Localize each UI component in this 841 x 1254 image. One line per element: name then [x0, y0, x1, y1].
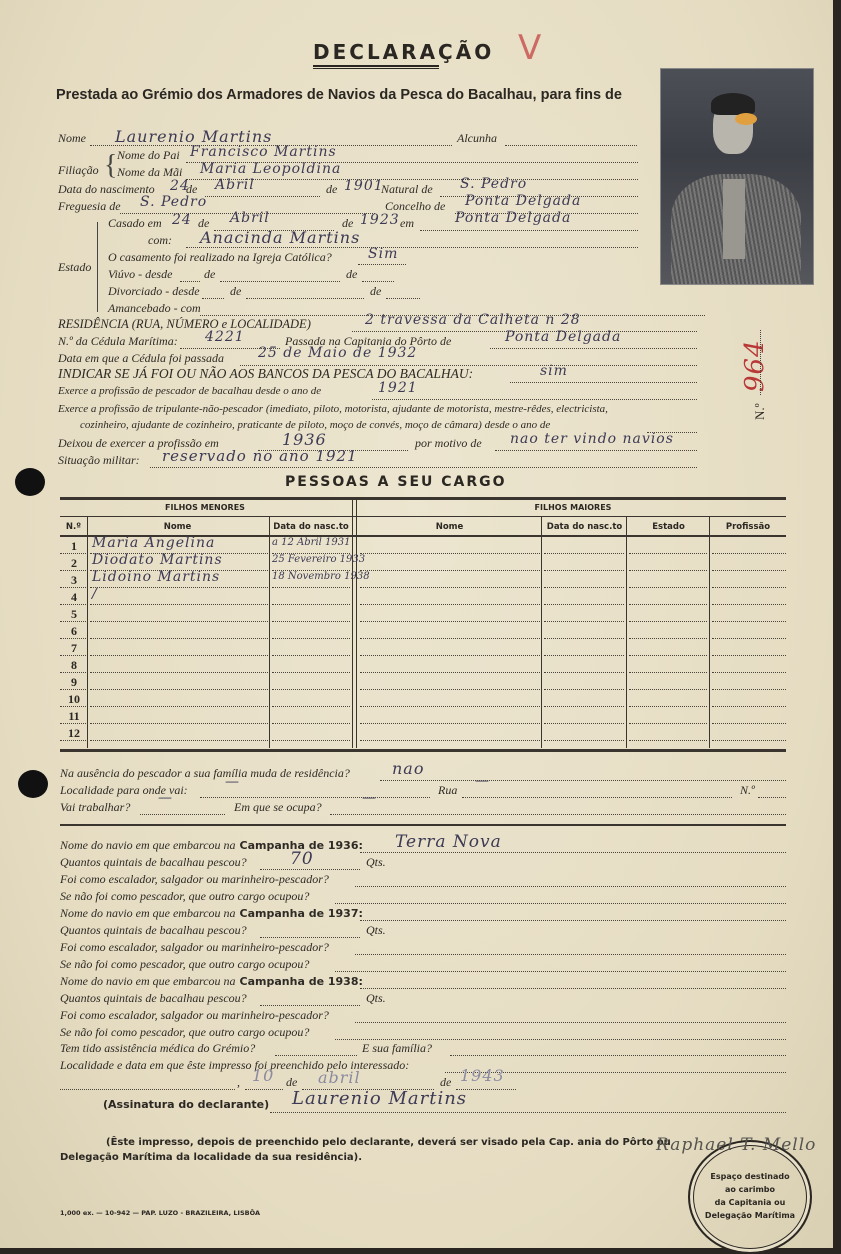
row-line: [629, 655, 707, 656]
row-line: [272, 638, 350, 639]
row-line: [544, 655, 624, 656]
natural-label: Natural de: [381, 182, 433, 197]
registry-number: 964: [740, 339, 770, 392]
campanha-label-text: Nome do navio em que embarcou na: [60, 906, 236, 920]
col-header-estado: Estado: [627, 522, 710, 532]
row-line: [272, 723, 350, 724]
row-line: [712, 621, 786, 622]
campanha-cargo-line: [335, 971, 786, 972]
igreja-field[interactable]: Sim: [368, 246, 398, 262]
militar-line: [150, 467, 697, 468]
bancos-line: [510, 382, 697, 383]
menor-nome-field[interactable]: Maria Angelina: [92, 535, 215, 551]
row-line: [272, 706, 350, 707]
row-line: [712, 638, 786, 639]
row-line: [629, 553, 707, 554]
row-line: [60, 553, 86, 554]
document-page: DECLARAÇÃO V Prestada ao Grémio dos Arma…: [0, 0, 833, 1248]
row-line: [90, 723, 268, 724]
row-line: [629, 689, 707, 690]
col-header-nome-maiores: Nome: [358, 522, 541, 532]
row-line: [360, 706, 540, 707]
row-line: [272, 655, 350, 656]
campanha-navio-field[interactable]: Terra Nova: [395, 832, 502, 852]
row-line: [629, 706, 707, 707]
pescador-ano-field[interactable]: 1921: [378, 380, 418, 396]
motivo-label: por motivo de: [415, 436, 482, 451]
row-line: [272, 587, 350, 588]
viuvo-mes-field[interactable]: [220, 281, 340, 282]
row-number: 1: [62, 539, 86, 554]
punch-hole: [18, 770, 48, 798]
row-line: [544, 706, 624, 707]
row-line: [60, 706, 86, 707]
row-number: 12: [62, 726, 86, 741]
campanha-cargo-line: [335, 1039, 786, 1040]
registry-line: [760, 330, 761, 395]
campanha-quintais-line: [260, 869, 360, 870]
muda-line: [380, 780, 786, 781]
nota-line-2: Delegação Marítima da localidade da sua …: [60, 1152, 362, 1163]
campanha-label-text: Nome do navio em que embarcou na: [60, 838, 236, 852]
preenchimento-dia-line: [245, 1089, 283, 1090]
igreja-label: O casamento foi realizado na Igreja Cató…: [108, 250, 332, 265]
localidade-field[interactable]: —: [225, 774, 240, 790]
row-line: [629, 621, 707, 622]
freguesia-label: Freguesia de: [58, 199, 121, 214]
table-top-rule: [60, 497, 786, 500]
qts-label: Qts.: [366, 991, 386, 1006]
col-header-numero: N.º: [60, 522, 87, 532]
row-line: [60, 587, 86, 588]
col-header-data-maiores: Data do nasc.to: [542, 522, 627, 532]
residencia-label: RESIDÊNCIA (RUA, NÚMERO e LOCALIDADE): [58, 317, 311, 332]
mae-field[interactable]: Maria Leopoldina: [200, 161, 341, 177]
assinatura-field[interactable]: Laurenio Martins: [292, 1088, 467, 1109]
row-line: [629, 723, 707, 724]
row-line: [544, 689, 624, 690]
col-divider: [709, 516, 710, 748]
row-line: [360, 604, 540, 605]
row-line: [60, 570, 86, 571]
row-line: [712, 672, 786, 673]
residencia-field[interactable]: 2 travessa da Calheta n 28: [365, 312, 581, 328]
cedula-numero-label: N.º da Cédula Marítima:: [58, 334, 178, 349]
row-line: [90, 740, 268, 741]
row-line: [544, 638, 624, 639]
row-line: [90, 706, 268, 707]
nome-label: Nome: [58, 131, 86, 146]
row-line: [360, 655, 540, 656]
ocupa-line: [330, 814, 786, 815]
viuvo-ano-field[interactable]: [362, 281, 394, 282]
ocupa-label: Em que se ocupa?: [234, 800, 322, 815]
preenchimento-ano-field[interactable]: 1943: [460, 1066, 505, 1085]
nascimento-mes-field[interactable]: Abril: [215, 177, 255, 193]
pescador-line: [372, 399, 697, 400]
brace: {: [104, 150, 117, 182]
row-number: 3: [62, 573, 86, 588]
militar-field[interactable]: reservado no ano 1921: [162, 447, 358, 465]
col-divider: [356, 500, 357, 748]
menor-data-field[interactable]: a 12 Abril 1931: [272, 537, 350, 548]
campanha-escalador-line: [355, 886, 786, 887]
row-line: [360, 587, 540, 588]
carimbo-line: Delegação Marítima: [690, 1209, 810, 1222]
row-line: [712, 689, 786, 690]
cedula-data-label: Data em que a Cédula foi passada: [58, 351, 224, 366]
trabalhar-label: Vai trabalhar?: [60, 800, 130, 815]
campanha-escalador-line: [355, 1022, 786, 1023]
campanha-cargo-label: Se não foi como pescador, que outro carg…: [60, 957, 309, 972]
carimbo-line: da Capitania ou: [690, 1196, 810, 1209]
comma: ,: [237, 1075, 240, 1090]
natural-field[interactable]: S. Pedro: [460, 176, 527, 192]
pai-label: Nome do Pai: [117, 148, 180, 163]
campanha-label-text: Nome do navio em que embarcou na: [60, 974, 236, 988]
printer-imprint: 1,000 ex. — 10-942 — PAP. LUZO - BRAZILE…: [60, 1209, 260, 1217]
row-number: 6: [62, 624, 86, 639]
ocupa-field[interactable]: —: [362, 790, 377, 806]
conjuge-line: [186, 247, 638, 248]
row-line: [90, 587, 268, 588]
estado-label: Estado: [58, 260, 91, 275]
menor-data-field[interactable]: 18 Novembro 1938: [272, 571, 370, 582]
row-line: [544, 553, 624, 554]
divorciado-ano-field[interactable]: [386, 298, 420, 299]
filhos-maiores-title: FILHOS MAIORES: [360, 503, 786, 512]
row-line: [90, 638, 268, 639]
freguesia-field[interactable]: S. Pedro: [140, 194, 207, 210]
carimbo-circle: Espaço destinado ao carimbo da Capitania…: [688, 1140, 812, 1254]
col-divider: [626, 516, 627, 748]
row-line: [629, 638, 707, 639]
pessoas-title: PESSOAS A SEU CARGO: [285, 474, 507, 490]
carimbo-line: Espaço destinado: [690, 1170, 810, 1183]
rua-line: [462, 797, 732, 798]
row-number: 8: [62, 658, 86, 673]
conjuge-field[interactable]: Anacinda Martins: [200, 228, 360, 247]
cedula-numero-field[interactable]: 4221: [205, 329, 245, 345]
portrait-photo: [660, 68, 814, 285]
cedula-data-field[interactable]: 25 de Maio de 1932: [258, 345, 417, 361]
igreja-line: [358, 264, 406, 265]
de-label: de: [370, 284, 381, 299]
row-number: 11: [62, 709, 86, 724]
row-line: [360, 621, 540, 622]
campanha-cargo-label: Se não foi como pescador, que outro carg…: [60, 889, 309, 904]
carimbo-text: Espaço destinado ao carimbo da Capitania…: [690, 1170, 810, 1222]
col-divider: [269, 516, 270, 748]
rua-field[interactable]: —: [475, 773, 490, 789]
concelho-field[interactable]: Ponta Delgada: [465, 193, 581, 209]
row-line: [629, 672, 707, 673]
casado-ano-field[interactable]: 1923: [360, 212, 400, 228]
de-label: de: [346, 267, 357, 282]
campanha-navio-line: [360, 852, 786, 853]
row-line: [272, 689, 350, 690]
row-line: [629, 740, 707, 741]
campanha-quintais-line: [260, 937, 360, 938]
campanha-navio-line: [360, 920, 786, 921]
row-number: 7: [62, 641, 86, 656]
row-number: 5: [62, 607, 86, 622]
muda-field[interactable]: nao: [392, 759, 424, 778]
row-line: [360, 553, 540, 554]
assinatura-line: [270, 1112, 786, 1113]
col-header-nome: Nome: [87, 522, 268, 532]
row-line: [272, 621, 350, 622]
menor-nome-field[interactable]: Diodato Martins: [92, 552, 223, 568]
row-line: [544, 740, 624, 741]
page-subtitle: Prestada ao Grémio dos Armadores de Navi…: [56, 87, 622, 103]
campanha-quintais-label: Quantos quintais de bacalhau pescou?: [60, 855, 247, 870]
section-rule: [60, 824, 786, 826]
campanha-year: Campanha de 1937:: [240, 907, 363, 920]
row-line: [544, 672, 624, 673]
familia-label: E sua família?: [362, 1041, 432, 1056]
casado-mes-field[interactable]: Abril: [230, 210, 270, 226]
row-line: [712, 604, 786, 605]
row-line: [272, 740, 350, 741]
campanha-navio-label: Nome do navio em que embarcou naCampanha…: [60, 906, 363, 921]
row-line: [60, 689, 86, 690]
col-header-profissao: Profissão: [710, 522, 786, 532]
row-line: [60, 621, 86, 622]
de-label: de: [204, 267, 215, 282]
estado-brace: [97, 222, 98, 312]
row-line: [90, 655, 268, 656]
rua-label: Rua: [438, 783, 457, 798]
pescador-label: Exerce a profissão de pescador de bacalh…: [58, 385, 321, 397]
viuvo-dia-field[interactable]: [180, 281, 200, 282]
table-bottom-rule: [60, 749, 786, 752]
campanha-escalador-label: Foi como escalador, salgador ou marinhei…: [60, 872, 329, 887]
pai-field[interactable]: Francisco Martins: [190, 144, 337, 160]
row-line: [60, 740, 86, 741]
row-line: [712, 553, 786, 554]
casado-local-line: [420, 230, 638, 231]
row-line: [360, 570, 540, 571]
campanha-escalador-label: Foi como escalador, salgador ou marinhei…: [60, 1008, 329, 1023]
row-line: [544, 604, 624, 605]
row-line: [60, 655, 86, 656]
row-line: [90, 621, 268, 622]
capitania-field[interactable]: Ponta Delgada: [505, 329, 621, 345]
photo-hair: [711, 93, 755, 115]
official-signature: Raphael T. Mello: [656, 1135, 816, 1155]
title-underline-2: [313, 68, 439, 69]
row-number: 9: [62, 675, 86, 690]
assistencia-label: Tem tido assistência médica do Grémio?: [60, 1041, 255, 1056]
motivo-line: [495, 450, 697, 451]
menor-data-field[interactable]: 25 Fevereiro 1933: [272, 554, 365, 565]
campanha-navio-label: Nome do navio em que embarcou naCampanha…: [60, 974, 363, 989]
row-number: 10: [62, 692, 86, 707]
campanha-navio-line: [360, 988, 786, 989]
row-line: [90, 689, 268, 690]
viuvo-label: Viúvo - desde: [108, 267, 172, 282]
motivo-field[interactable]: nao ter vindo navios: [510, 431, 674, 447]
campanha-year: Campanha de 1938:: [240, 975, 363, 988]
assistencia-field[interactable]: [275, 1055, 357, 1056]
check-mark-icon: V: [518, 28, 541, 68]
carimbo-line: ao carimbo: [690, 1183, 810, 1196]
row-line: [360, 689, 540, 690]
amancebado-label: Amancebado - com: [108, 301, 201, 316]
row-line: [544, 621, 624, 622]
divorciado-label: Divorciado - desde: [108, 284, 200, 299]
row-line: [629, 587, 707, 588]
row-line: [544, 723, 624, 724]
qts-label: Qts.: [366, 923, 386, 938]
trabalhar-line: [140, 814, 225, 815]
row-line: [629, 604, 707, 605]
row-line: [712, 723, 786, 724]
divorciado-dia-field[interactable]: [202, 298, 224, 299]
menor-nome-field[interactable]: Lidoino Martins: [92, 569, 220, 585]
alcunha-label: Alcunha: [457, 131, 497, 146]
bancos-field[interactable]: sim: [540, 363, 568, 379]
campanha-escalador-line: [355, 954, 786, 955]
row-line: [272, 604, 350, 605]
casado-dia-field[interactable]: 24: [172, 212, 192, 228]
campanha-quintais-label: Quantos quintais de bacalhau pescou?: [60, 991, 247, 1006]
row-number: 4: [62, 590, 86, 605]
row-line: [360, 638, 540, 639]
row-line: [544, 587, 624, 588]
punch-hole: [15, 468, 45, 496]
de-label: de: [326, 182, 337, 197]
col-header-data: Data do nasc.to: [270, 522, 352, 532]
localidade-line: [200, 797, 430, 798]
row-line: [360, 672, 540, 673]
row-line: [272, 672, 350, 673]
nota-line-1: (Êste impresso, depois de preenchido pel…: [106, 1137, 671, 1148]
menor-nome-field[interactable]: /: [92, 586, 98, 602]
muda-label: Na ausência do pescador a sua família mu…: [60, 766, 350, 781]
row-number: 2: [62, 556, 86, 571]
row-line: [360, 723, 540, 724]
row-line: [712, 706, 786, 707]
campanha-cargo-line: [335, 903, 786, 904]
militar-label: Situação militar:: [58, 453, 140, 468]
com-label: com:: [148, 233, 172, 248]
nascimento-ano-field[interactable]: 1901: [344, 178, 384, 194]
row-line: [60, 672, 86, 673]
nascimento-mes-line: [205, 196, 320, 197]
preenchimento-mes-field[interactable]: abril: [318, 1068, 361, 1087]
row-line: [629, 570, 707, 571]
preenchimento-localidade-field[interactable]: [60, 1089, 235, 1090]
row-line: [712, 655, 786, 656]
row-line: [60, 638, 86, 639]
filiacao-label: Filiação: [58, 163, 99, 178]
filhos-menores-title: FILHOS MENORES: [60, 503, 350, 512]
row-line: [360, 740, 540, 741]
col-divider: [541, 516, 542, 748]
row-line: [60, 604, 86, 605]
casado-local-field[interactable]: Ponta Delgada: [455, 210, 571, 226]
alcunha-field[interactable]: [505, 145, 637, 146]
campanha-quintais-field[interactable]: 70: [290, 849, 314, 869]
trabalhar-field[interactable]: —: [158, 790, 173, 806]
title-underline: [313, 65, 439, 67]
de-label: de: [230, 284, 241, 299]
rua-numero-field[interactable]: [758, 797, 786, 798]
page-title: DECLARAÇÃO: [313, 40, 494, 64]
row-line: [90, 604, 268, 605]
row-line: [544, 570, 624, 571]
registry-number-label: N.º: [752, 403, 768, 420]
capitania-line: [490, 348, 697, 349]
campanha-quintais-line: [260, 1005, 360, 1006]
rua-numero-label: N.º: [740, 783, 755, 798]
row-line: [712, 740, 786, 741]
photo-stain: [735, 113, 757, 125]
campanha-cargo-label: Se não foi como pescador, que outro carg…: [60, 1025, 309, 1040]
preenchimento-dia-field[interactable]: 10: [252, 1066, 274, 1085]
campanha-escalador-label: Foi como escalador, salgador ou marinhei…: [60, 940, 329, 955]
casado-label: Casado em: [108, 216, 162, 231]
em-label: em: [400, 216, 414, 231]
divorciado-mes-field[interactable]: [246, 298, 364, 299]
assinatura-label: (Assinatura do declarante): [103, 1098, 269, 1111]
campanha-navio-label: Nome do navio em que embarcou naCampanha…: [60, 838, 363, 853]
row-line: [712, 587, 786, 588]
col-divider: [87, 516, 88, 748]
photo-shirt: [723, 179, 745, 259]
row-line: [90, 672, 268, 673]
col-divider: [352, 500, 353, 748]
table-header-rule: [60, 516, 786, 517]
tripulante-label-1: Exerce a profissão de tripulante-não-pes…: [58, 403, 608, 415]
row-line: [712, 570, 786, 571]
qts-label: Qts.: [366, 855, 386, 870]
row-line: [60, 723, 86, 724]
familia-field[interactable]: [450, 1055, 786, 1056]
campanha-quintais-label: Quantos quintais de bacalhau pescou?: [60, 923, 247, 938]
